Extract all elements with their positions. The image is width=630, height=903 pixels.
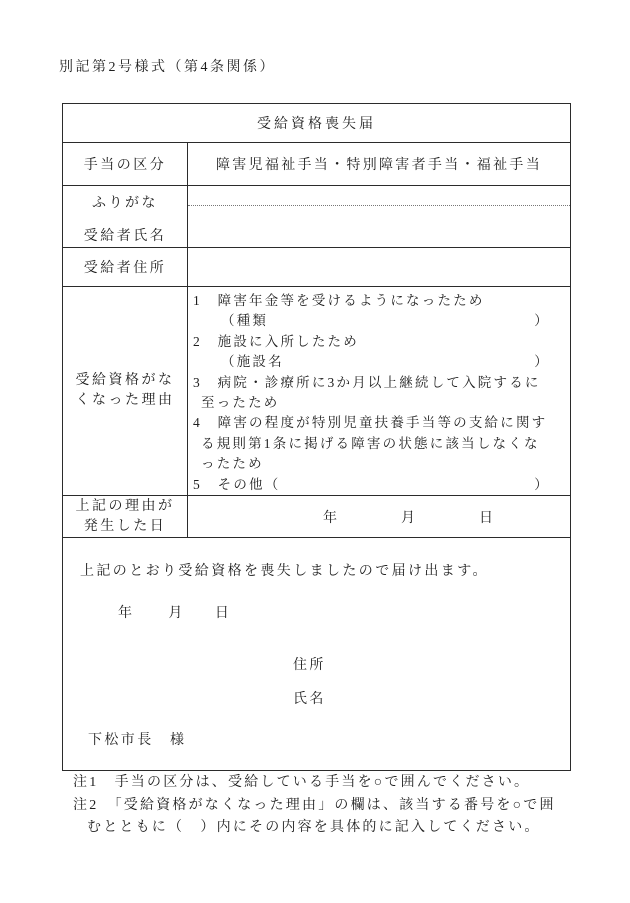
reason-option-3: 3 病院・診療所に3か月以上継続して入院するに — [188, 373, 570, 393]
furigana-input-area[interactable] — [188, 187, 570, 206]
form-title: 受給資格喪失届 — [63, 104, 571, 143]
recipient-name-label-text: 受給者氏名 — [63, 227, 187, 247]
year-label: 年 — [323, 511, 337, 526]
submission-date-input-area[interactable]: 年月日 — [118, 602, 231, 622]
declaration-cell: 上記のとおり受給資格を喪失しましたので届け出ます。 年月日 住所 氏名 下松市長… — [63, 538, 571, 771]
reason-option-4-cont2: ったため — [188, 454, 570, 474]
furigana-label: ふりがな — [63, 194, 187, 214]
declarant-address-label: 住所 — [293, 654, 326, 674]
recipient-address-input-area[interactable] — [188, 248, 571, 287]
reason-date-row: 上記の理由が 発生した日 年月日 — [63, 496, 571, 538]
declaration-row: 上記のとおり受給資格を喪失しましたので届け出ます。 年月日 住所 氏名 下松市長… — [63, 538, 571, 771]
loss-reason-label: 受給資格がな くなった理由 — [63, 287, 188, 496]
footnote-2-line2: むとともに（ ）内にその内容を具体的に記入してください。 — [73, 817, 593, 840]
reason-option-4: 4 障害の程度が特別児童扶養手当等の支給に関す — [188, 413, 570, 433]
reason-option-4-cont1: る規則第1条に掲げる障害の状態に該当しなくな — [188, 434, 570, 454]
allowance-type-label: 手当の区分 — [63, 143, 188, 186]
reason-date-input-area[interactable]: 年月日 — [188, 496, 571, 538]
loss-reason-label-line1: 受給資格がな — [63, 371, 187, 391]
recipient-name-value-cell — [188, 186, 571, 248]
recipient-address-label: 受給者住所 — [63, 248, 188, 287]
notification-form-table: 受給資格喪失届 手当の区分 障害児福祉手当・特別障害者手当・福祉手当 ふりがな … — [62, 103, 571, 771]
form-number: 別記第2号様式（第4条関係） — [59, 56, 276, 76]
reason-option-5[interactable]: 5 その他（） — [188, 475, 570, 495]
reason-option-1-detail[interactable]: （種類） — [188, 311, 570, 331]
reason-date-label-line2: 発生した日 — [63, 517, 187, 537]
addressee-mayor: 下松市長 様 — [88, 729, 186, 749]
declaration-sentence: 上記のとおり受給資格を喪失しましたので届け出ます。 — [80, 560, 489, 580]
reason-option-2-detail[interactable]: （施設名） — [188, 352, 570, 372]
reason-date-label-line1: 上記の理由が — [63, 497, 187, 517]
reason-option-1: 1 障害年金等を受けるようになったため — [188, 291, 570, 311]
allowance-type-row: 手当の区分 障害児福祉手当・特別障害者手当・福祉手当 — [63, 143, 571, 186]
reason-option-2: 2 施設に入所したため — [188, 332, 570, 352]
recipient-name-input-area[interactable] — [188, 206, 570, 247]
year-label: 年 — [118, 606, 134, 621]
title-row: 受給資格喪失届 — [63, 104, 571, 143]
close-paren: ） — [534, 475, 550, 495]
recipient-name-row: ふりがな 受給者氏名 — [63, 186, 571, 248]
allowance-type-options: 障害児福祉手当・特別障害者手当・福祉手当 — [188, 143, 571, 186]
footnote-1: 注1 手当の区分は、受給している手当を○で囲んでください。 — [73, 772, 593, 795]
day-label: 日 — [215, 606, 231, 621]
declarant-name-label: 氏名 — [293, 688, 326, 708]
month-label: 月 — [168, 606, 184, 621]
loss-reason-row: 受給資格がな くなった理由 1 障害年金等を受けるようになったため （種類） 2… — [63, 287, 571, 496]
loss-reason-options-cell: 1 障害年金等を受けるようになったため （種類） 2 施設に入所したため （施設… — [188, 287, 571, 496]
loss-reason-label-line2: くなった理由 — [63, 391, 187, 411]
close-paren: ） — [534, 352, 550, 372]
reason-option-3-cont: 至ったため — [188, 393, 570, 413]
month-label: 月 — [401, 511, 415, 526]
recipient-name-label: ふりがな 受給者氏名 — [63, 186, 188, 248]
footnote-2-line1: 注2 「受給資格がなくなった理由」の欄は、該当する番号を○で囲 — [73, 795, 593, 818]
footnotes: 注1 手当の区分は、受給している手当を○で囲んでください。 注2 「受給資格がな… — [73, 772, 593, 840]
form-page: 別記第2号様式（第4条関係） 受給資格喪失届 手当の区分 障害児福祉手当・特別障… — [0, 0, 630, 903]
recipient-address-row: 受給者住所 — [63, 248, 571, 287]
close-paren: ） — [534, 311, 550, 331]
reason-date-label: 上記の理由が 発生した日 — [63, 496, 188, 538]
day-label: 日 — [479, 511, 493, 526]
